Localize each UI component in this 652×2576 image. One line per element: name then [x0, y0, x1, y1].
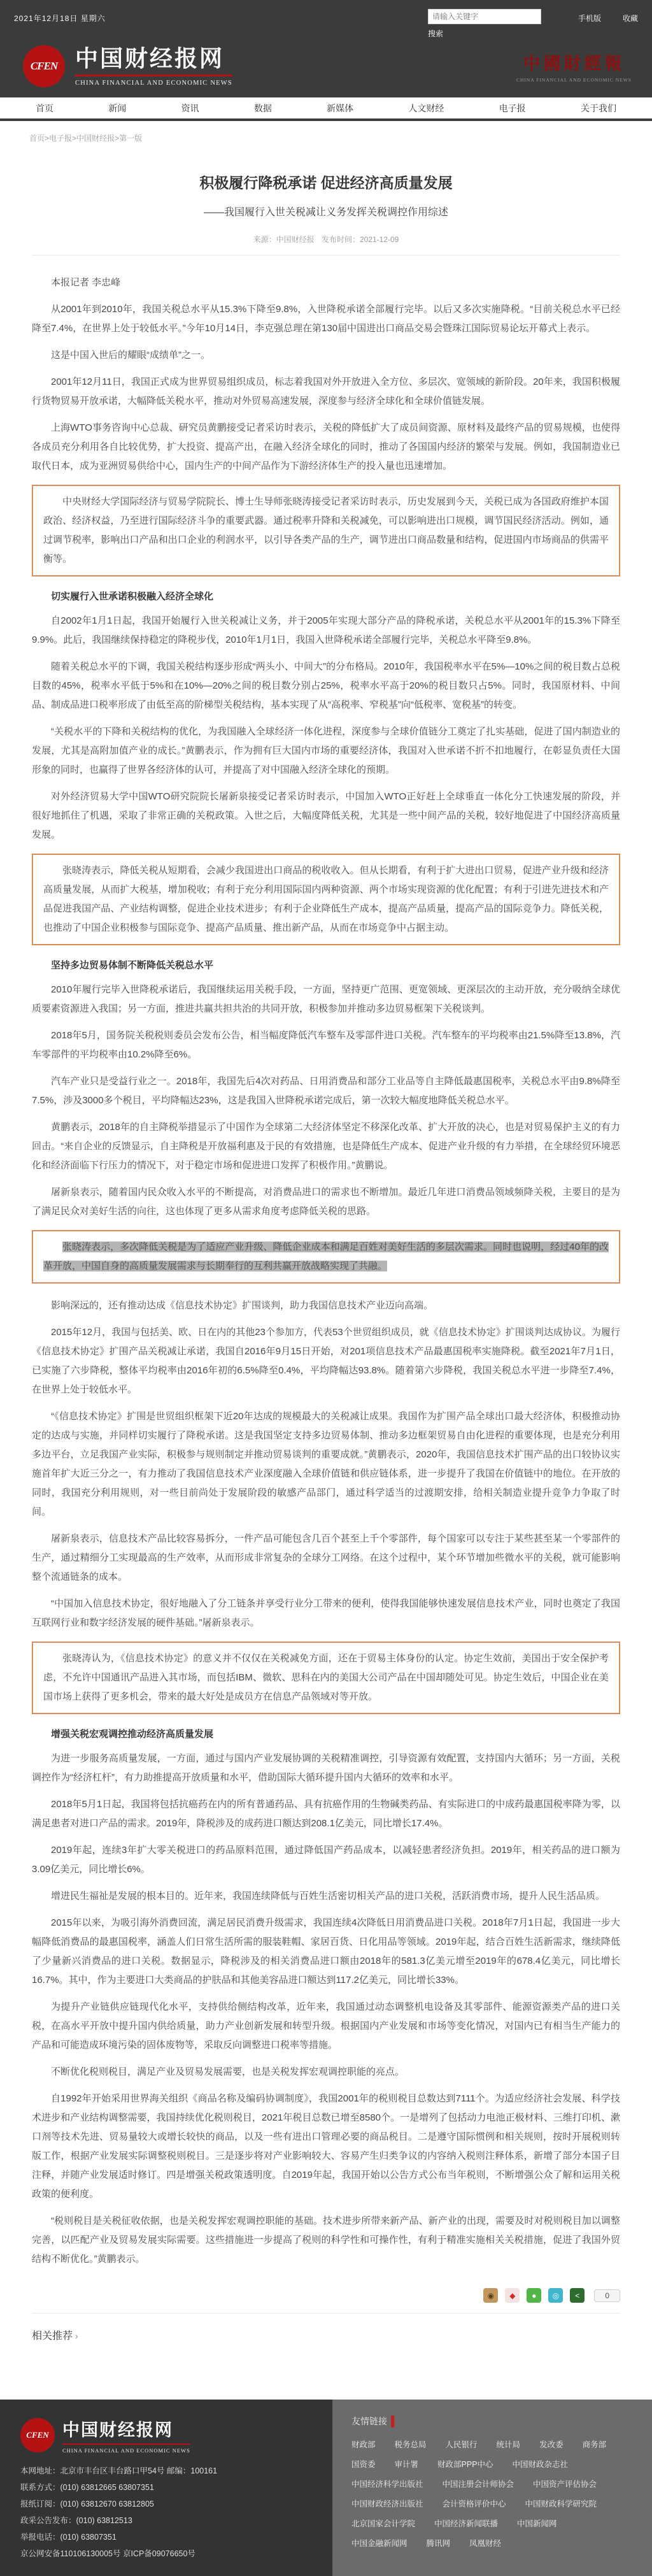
- nav-item[interactable]: 关于我们: [581, 102, 616, 115]
- date-text: 2021年12月18日 星期六: [14, 9, 106, 24]
- section-heading: 坚持多边贸易体制不断降低关税总水平: [32, 958, 620, 971]
- share-wechat-icon[interactable]: ●: [527, 2288, 541, 2303]
- quote-text: 张晓涛表示，多次降低关税是为了适应产业升级、降低企业成本和满足百姓对美好生活的多…: [43, 1238, 609, 1276]
- article-publish-time: 发布时间：2021-12-09: [322, 235, 399, 244]
- friend-link[interactable]: 会计资格评价中心: [443, 2494, 506, 2514]
- friend-link-row: 中国财政经济出版社会计资格评价中心中国财政科学研究院: [351, 2494, 641, 2514]
- search-area: 搜索: [428, 9, 549, 39]
- friend-link[interactable]: 审计署: [395, 2455, 419, 2475]
- article-paragraph: 上海WTO事务咨询中心总裁、研究员黄鹏接受记者采访时表示，关税的降低扩大了成员间…: [32, 419, 620, 476]
- article-paragraph: 为提升产业链供应链现代化水平，支持供给侧结构改革，近年来，我国通过动态调整机电设…: [32, 1998, 620, 2055]
- article-paragraph: 2001年12月11日，我国正式成为世界贸易组织成员，标志着我国对外开放进入全方…: [32, 373, 620, 411]
- footer-site-name: 中国财经报网: [62, 2416, 190, 2441]
- top-bar: 2021年12月18日 星期六 搜索 手机版 收藏: [14, 9, 638, 39]
- friend-links-title: 友情链接▌: [351, 2415, 641, 2428]
- share-qq-icon[interactable]: ◎: [548, 2288, 563, 2303]
- search-button[interactable]: 搜索: [428, 28, 443, 39]
- article-paragraph: 对外经济贸易大学中国WTO研究院院长屠新泉接受记者采访时表示，中国加入WTO正好…: [32, 787, 620, 845]
- section-heading: 增强关税宏观调控推动经济高质量发展: [32, 1727, 620, 1740]
- nav-item[interactable]: 新闻: [108, 102, 126, 115]
- highlight-quote-box: 中央财经大学国际经济与贸易学院院长、博士生导师张晓涛接受记者采访时表示，历史发展…: [32, 485, 620, 576]
- friend-link[interactable]: 中国经济新闻联播: [434, 2514, 498, 2534]
- nav-item[interactable]: 新媒体: [327, 102, 353, 115]
- article-subtitle: ——我国履行入世关税减让义务发挥关税调控作用综述: [32, 204, 620, 218]
- article-paragraph: 2010年履行完毕入世降税承诺后，我国继续运用关税手段，一方面，坚持更广范围、更…: [32, 980, 620, 1019]
- share-more-icon[interactable]: <: [570, 2288, 585, 2303]
- article-paragraph: “《信息技术协定》扩围是世贸组织框架下近20年达成的规模最大的关税减让成果。我国…: [32, 1407, 620, 1522]
- article-paragraph: 屠新泉表示，随着国内民众收入水平的不断提高，对消费品进口的需求也不断增加。最近几…: [32, 1183, 620, 1221]
- friend-link[interactable]: 腾讯网: [427, 2534, 451, 2554]
- mobile-version-link[interactable]: 手机版: [578, 13, 601, 24]
- nav-item[interactable]: 人文财经: [408, 102, 444, 115]
- article-paragraph: 自2002年1月1日起，我国开始履行入世关税减让义务，并于2005年实现大部分产…: [32, 612, 620, 650]
- article-paragraph: 2018年5月1日起，我国将包括抗癌药在内的所有普通药品、具有抗癌作用的生物碱类…: [32, 1795, 620, 1833]
- friend-link[interactable]: 中国财政经济出版社: [351, 2494, 423, 2514]
- article-paragraph: 不断优化税则税目，满足产业及贸易发展需要，也是关税发挥宏观调控职能的亮点。: [32, 2063, 620, 2082]
- friend-link[interactable]: 北京国家会计学院: [351, 2514, 415, 2534]
- share-count[interactable]: 0: [594, 2289, 620, 2302]
- friend-link[interactable]: 人民银行: [446, 2435, 478, 2455]
- friend-link[interactable]: 中国经济科学出版社: [351, 2475, 423, 2494]
- red-bar-icon: ▌: [391, 2416, 398, 2427]
- friend-link[interactable]: 中国新闻网: [517, 2514, 557, 2534]
- nav-item[interactable]: 电子报: [499, 102, 526, 115]
- friend-link[interactable]: 中国财政杂志社: [513, 2455, 569, 2475]
- nav-item[interactable]: 首页: [36, 102, 53, 115]
- friend-link[interactable]: 中国注册会计师协会: [443, 2475, 514, 2494]
- article-paragraph: 自1992年开始采用世界海关组织《商品名称及编码协调制度》，我国2001年的税则…: [32, 2089, 620, 2204]
- friend-link-row: 财政部税务总局人民银行统计局发改委商务部: [351, 2435, 641, 2455]
- footer-info-line: 举报电话：(010) 63807351: [20, 2529, 332, 2545]
- article-paragraph: 2015年以来，为吸引海外消费回流，满足居民消费升级需求，我国连续4次降低日用消…: [32, 1914, 620, 1990]
- highlight-quote-box: 张晓涛认为，《信息技术协定》的意义并不仅仅在关税减免方面，还在于贸易主体身份的认…: [32, 1642, 620, 1714]
- footer-info-line: 联系方式：(010) 63812665 63807351: [20, 2479, 332, 2496]
- author-line: 本报记者 李忠峰: [32, 273, 620, 292]
- article-paragraph: 黄鹏表示，2018年的自主降税举措显示了中国作为全球第二大经济体坚定不移深化改革…: [32, 1118, 620, 1175]
- friend-link[interactable]: 凤凰财经: [469, 2534, 501, 2554]
- footer-left: CFEN 中国财经报网 CHINA FINANCIAL AND ECONOMIC…: [0, 2400, 332, 2576]
- friend-link[interactable]: 中国财政科学研究院: [525, 2494, 597, 2514]
- article-paragraph: 这是中国入世后的耀眼“成绩单”之一。: [32, 346, 620, 365]
- page-title: 积极履行降税承诺 促进经济高质量发展: [32, 171, 620, 192]
- site-header: 2021年12月18日 星期六 搜索 手机版 收藏 CFEN 中国财经报网 CH…: [0, 0, 652, 97]
- footer-right: 友情链接▌ 财政部税务总局人民银行统计局发改委商务部国资委审计署财政部PPP中心…: [332, 2400, 652, 2576]
- friend-link-row: 北京国家会计学院中国经济新闻联播中国新闻网: [351, 2514, 641, 2534]
- brand-row: CFEN 中国财经报网 CHINA FINANCIAL AND ECONOMIC…: [14, 45, 638, 87]
- footer-logo-text: 中国财经报网 CHINA FINANCIAL AND ECONOMIC NEWS: [62, 2416, 190, 2454]
- article-paragraph: 从2001年到2010年，我国关税总水平从15.3%下降至9.8%，入世降税承诺…: [32, 300, 620, 338]
- article: 积极履行降税承诺 促进经济高质量发展 ——我国履行入世关税减让义务发挥关税调控作…: [0, 147, 652, 2400]
- article-paragraph: 汽车产业只是受益行业之一。2018年，我国先后4次对药品、日用消费品和部分工业品…: [32, 1072, 620, 1110]
- article-paragraph: 2015年12月，我国与包括美、欧、日在内的其他23个参加方，代表53个世贸组织…: [32, 1323, 620, 1399]
- article-source: 来源：中国财经报: [253, 235, 315, 244]
- highlight-quote-box: 张晓涛表示，多次降低关税是为了适应产业升级、降低企业成本和满足百姓对美好生活的多…: [32, 1230, 620, 1284]
- friend-link[interactable]: 国资委: [351, 2455, 376, 2475]
- friend-link[interactable]: 财政部: [351, 2435, 376, 2455]
- article-paragraph: 为进一步服务高质量发展，一方面，通过与国内产业发展协调的关税精准调控，引导资源有…: [32, 1749, 620, 1787]
- site-name: 中国财经报网: [75, 46, 232, 71]
- friend-link[interactable]: 商务部: [583, 2435, 607, 2455]
- friend-link[interactable]: 财政部PPP中心: [437, 2455, 493, 2475]
- article-body: 本报记者 李忠峰从2001年到2010年，我国关税总水平从15.3%下降至9.8…: [32, 273, 620, 2269]
- friend-link-row: 国资委审计署财政部PPP中心中国财政杂志社: [351, 2455, 641, 2475]
- selected-text: 张晓涛表示，多次降低关税是为了适应产业升级、降低企业成本和满足百姓对美好生活的多…: [43, 1241, 609, 1271]
- related-label: 相关推荐: [32, 2331, 73, 2342]
- nav-item[interactable]: 资讯: [181, 102, 199, 115]
- quote-text: 张晓涛认为，《信息技术协定》的意义并不仅仅在关税减免方面，还在于贸易主体身份的认…: [43, 1649, 609, 1707]
- highlight-quote-box: 张晓涛表示，降低关税从短期看，会减少我国进出口商品的税收收入。但从长期看，有利于…: [32, 854, 620, 945]
- article-paragraph: 增进民生福祉是发展的根本目的。近年来，我国连续降低与百姓生活密切相关产品的进口关…: [32, 1887, 620, 1906]
- friend-link[interactable]: 统计局: [497, 2435, 521, 2455]
- article-paragraph: 影响深远的，还有推动达成《信息技术协定》扩围谈判，助力我国信息技术产业迈向高端。: [32, 1296, 620, 1315]
- main-nav: 首页新闻资讯数据新媒体人文财经电子报关于我们: [0, 97, 652, 121]
- footer-site-name-en: CHINA FINANCIAL AND ECONOMIC NEWS: [62, 2444, 190, 2454]
- share-bar: ◉◆●◎< 0: [32, 2288, 620, 2303]
- footer-info-line: 政采公告发布：(010) 63812513: [20, 2512, 332, 2529]
- favorite-link[interactable]: 收藏: [623, 13, 638, 24]
- search-input[interactable]: [428, 9, 541, 24]
- friend-link-row: 中国金融新闻网腾讯网凤凰财经: [351, 2534, 641, 2554]
- share-weibo-icon[interactable]: ◆: [505, 2288, 520, 2303]
- friend-links-label: 友情链接: [351, 2416, 387, 2426]
- article-paragraph: “中国加入信息技术协定，很好地融入了分工链条并享受行业分工带来的便利，使得我国能…: [32, 1594, 620, 1633]
- footer-logo: CFEN 中国财经报网 CHINA FINANCIAL AND ECONOMIC…: [20, 2416, 332, 2454]
- breadcrumb[interactable]: 首页>电子报>中国财经报>第一版: [0, 121, 652, 147]
- chevron-right-icon: ›: [75, 2331, 78, 2341]
- article-paragraph: “税则税目是关税征收依据，也是关税发挥宏观调控职能的基础。技术进步所带来新产品、…: [32, 2212, 620, 2269]
- friend-link[interactable]: 中国金融新闻网: [351, 2534, 407, 2554]
- footer-info-line: 京公网安备110106130005号 京ICP备09076650号: [20, 2545, 332, 2562]
- newspaper-masthead: 中國財經報 CHINA FINANCIAL AND ECONOMIC NEWS: [516, 50, 635, 83]
- share-qzone-icon[interactable]: ◉: [483, 2288, 498, 2303]
- share-icons: ◉◆●◎<: [483, 2288, 585, 2303]
- article-paragraph: 随着关税总水平的下调，我国关税结构逐步形成“两头小、中间大”的分布格局。2010…: [32, 657, 620, 715]
- article-meta: 来源：中国财经报 发布时间：2021-12-09: [32, 234, 620, 245]
- article-paragraph: 2019年起，连续3年扩大零关税进口的药品原料范围，通过降低国产药品成本，以减轻…: [32, 1841, 620, 1879]
- footer-info-line: 报纸订阅：(010) 63812670 63812805: [20, 2496, 332, 2512]
- friend-link[interactable]: 发改委: [539, 2435, 563, 2455]
- meta-divider: [32, 255, 620, 255]
- related-link[interactable]: 相关推荐›: [32, 2314, 620, 2400]
- site-footer: CFEN 中国财经报网 CHINA FINANCIAL AND ECONOMIC…: [0, 2400, 652, 2576]
- cfen-footer-logo-icon: CFEN: [20, 2418, 55, 2452]
- masthead-title: 中國財經報: [516, 50, 632, 75]
- cfen-logo-icon: CFEN: [23, 45, 65, 87]
- site-name-en: CHINA FINANCIAL AND ECONOMIC NEWS: [75, 75, 232, 87]
- footer-info-line: 本网地址：北京市丰台区丰台路口甲54号 邮编：100161: [20, 2463, 332, 2479]
- site-logo[interactable]: CFEN 中国财经报网 CHINA FINANCIAL AND ECONOMIC…: [23, 45, 232, 87]
- nav-item[interactable]: 数据: [254, 102, 272, 115]
- friend-link-row: 中国经济科学出版社中国注册会计师协会中国资产评估协会: [351, 2475, 641, 2494]
- quote-text: 张晓涛表示，降低关税从短期看，会减少我国进出口商品的税收收入。但从长期看，有利于…: [43, 861, 609, 938]
- logo-text: 中国财经报网 CHINA FINANCIAL AND ECONOMIC NEWS: [75, 46, 232, 87]
- friend-links: 财政部税务总局人民银行统计局发改委商务部国资委审计署财政部PPP中心中国财政杂志…: [351, 2435, 641, 2554]
- article-paragraph: 2018年5月，国务院关税税则委员会发布公告，相当幅度降低汽车整车及零部件进口关…: [32, 1026, 620, 1064]
- footer-info-lines: 本网地址：北京市丰台区丰台路口甲54号 邮编：100161联系方式：(010) …: [20, 2463, 332, 2562]
- quote-text: 中央财经大学国际经济与贸易学院院长、博士生导师张晓涛接受记者采访时表示，历史发展…: [43, 492, 609, 569]
- friend-link[interactable]: 中国资产评估协会: [533, 2475, 597, 2494]
- masthead-subtitle: CHINA FINANCIAL AND ECONOMIC NEWS: [516, 77, 632, 83]
- article-paragraph: “关税水平的下降和关税结构的优化，为我国融入全球经济一体化进程，深度参与全球价值…: [32, 722, 620, 780]
- top-links: 手机版 收藏: [578, 9, 638, 24]
- article-paragraph: 屠新泉表示，信息技术产品比较容易拆分，一件产品可能包含几百个甚至上千个零部件，每…: [32, 1529, 620, 1587]
- section-heading: 切实履行入世承诺积极融入经济全球化: [32, 589, 620, 603]
- friend-link[interactable]: 税务总局: [395, 2435, 427, 2455]
